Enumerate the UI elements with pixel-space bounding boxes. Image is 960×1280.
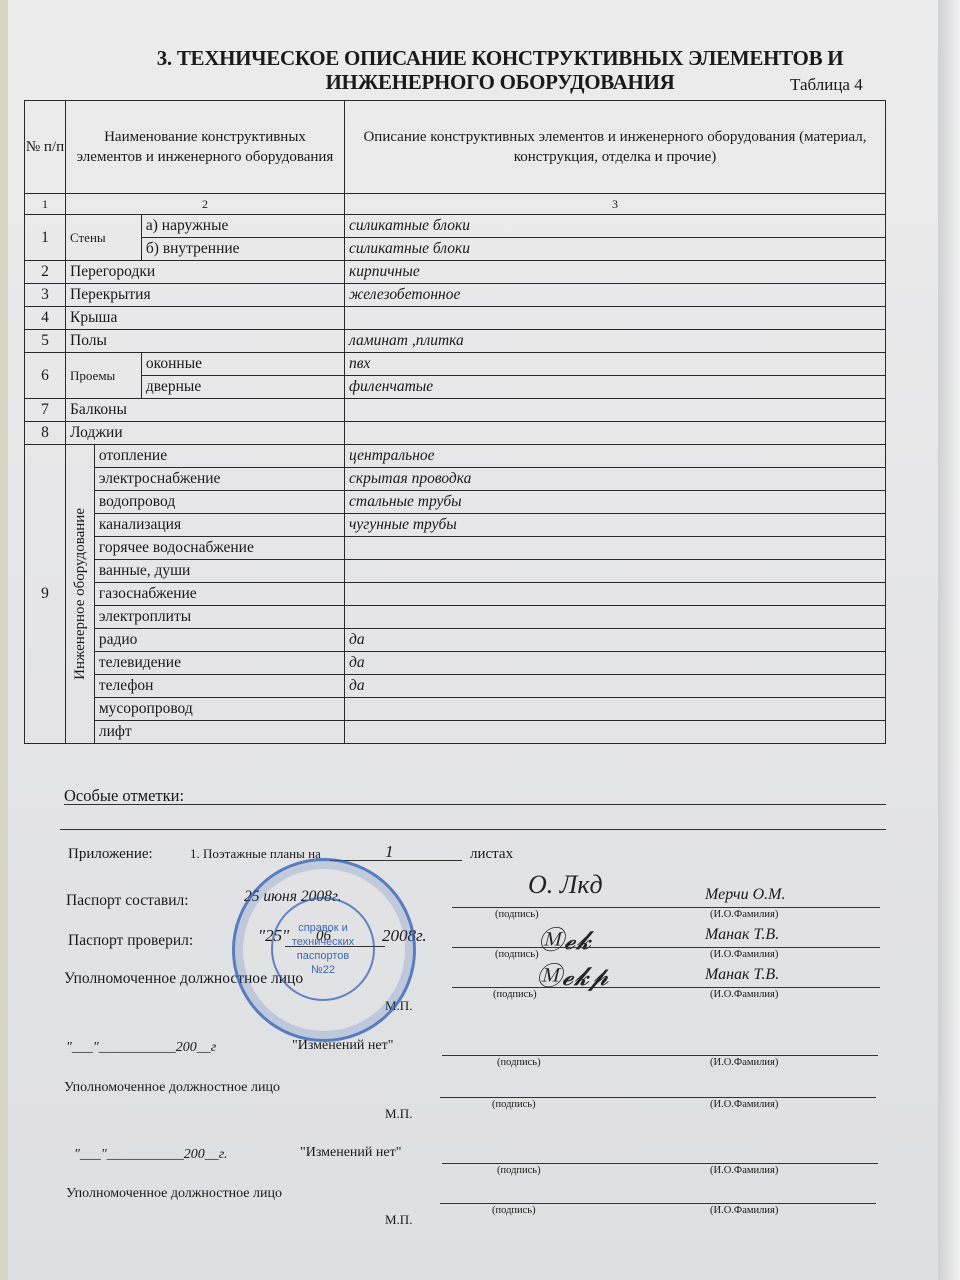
appendix-count: 1 — [385, 842, 394, 862]
blank-date-2[interactable]: "___"___________200__г. — [74, 1147, 228, 1163]
title-line-2: ИНЖЕНЕРНОГО ОБОРУДОВАНИЯ — [100, 70, 900, 94]
sign-caption-4: (подпись) — [497, 1165, 541, 1176]
appendix-unit: листах — [470, 846, 513, 863]
official-name: Манак Т.В. — [705, 966, 779, 984]
element-name: Лоджии — [66, 422, 345, 445]
name-caption-4: (И.О.Фамилия) — [710, 1165, 778, 1176]
page-edge — [938, 0, 960, 1280]
sub-element-description[interactable]: филенчатые — [345, 376, 886, 399]
element-description[interactable] — [345, 422, 886, 445]
element-description[interactable]: железобетонное — [345, 284, 886, 307]
row-number: 7 — [25, 399, 66, 422]
table-row: водопроводстальные трубы — [25, 491, 886, 514]
name-caption-2: (И.О.Фамилия) — [710, 1057, 778, 1068]
column-number: 2 — [66, 194, 345, 215]
official-stamp: справок и технических паспортов №22 — [232, 858, 416, 1042]
table-row: 7Балконы — [25, 399, 886, 422]
signature-line-5[interactable] — [440, 1203, 876, 1204]
header-num: № п/п — [25, 101, 66, 194]
sub-element-description[interactable]: силикатные блоки — [345, 215, 886, 238]
sub-element-name: ванные, души — [94, 560, 344, 583]
column-number: 3 — [345, 194, 886, 215]
sub-element-name: горячее водоснабжение — [94, 537, 344, 560]
sub-element-description[interactable] — [345, 537, 886, 560]
stamp-line: справок и — [298, 921, 348, 935]
sub-element-name: а) наружные — [141, 215, 344, 238]
element-description[interactable] — [345, 307, 886, 330]
sub-element-name: канализация — [94, 514, 344, 537]
table-row: 8Лоджии — [25, 422, 886, 445]
sign-caption-5: (подпись) — [492, 1205, 536, 1216]
sub-element-name: водопровод — [94, 491, 344, 514]
blank-date-1[interactable]: "___"___________200__г — [66, 1040, 216, 1056]
checked-name: Манак Т.В. — [705, 926, 779, 944]
table-row: 2Перегородкикирпичные — [25, 261, 886, 284]
table-row: мусоропровод — [25, 698, 886, 721]
row-number: 4 — [25, 307, 66, 330]
sub-element-description[interactable]: да — [345, 629, 886, 652]
table-row: 9Инженерное оборудованиеотоплениецентрал… — [25, 445, 886, 468]
element-name: Перегородки — [66, 261, 345, 284]
stamp-center: справок и технических паспортов №22 — [271, 897, 375, 1001]
compiled-name: Мерчи О.М. — [705, 886, 786, 904]
sub-element-description[interactable]: стальные трубы — [345, 491, 886, 514]
row-number: 1 — [25, 215, 66, 261]
checked-name-caption: (И.О.Фамилия) — [710, 949, 778, 960]
sub-element-name: дверные — [141, 376, 344, 399]
sub-element-description[interactable]: да — [345, 652, 886, 675]
row-number: 5 — [25, 330, 66, 353]
table-row: газоснабжение — [25, 583, 886, 606]
element-description[interactable] — [345, 399, 886, 422]
official-sign-caption-1: (подпись) — [493, 989, 537, 1000]
technical-description-table: № п/п Наименование конструктивных элемен… — [24, 100, 886, 744]
element-name: Балконы — [66, 399, 345, 422]
special-notes-line-1[interactable] — [64, 804, 886, 805]
compiled-name-caption: (И.О.Фамилия) — [710, 909, 778, 920]
stamp-line: паспортов — [297, 949, 349, 963]
element-name: Полы — [66, 330, 345, 353]
sub-element-description[interactable] — [345, 583, 886, 606]
table-row: радиода — [25, 629, 886, 652]
sub-element-name: мусоропровод — [94, 698, 344, 721]
table-row: электроплиты — [25, 606, 886, 629]
sub-element-name: лифт — [94, 721, 344, 744]
official-label-3: Уполномоченное должностное лицо — [66, 1186, 282, 1202]
sub-element-description[interactable]: да — [345, 675, 886, 698]
stamp-line: №22 — [311, 963, 335, 977]
sub-element-description[interactable] — [345, 721, 886, 744]
table-row: лифт — [25, 721, 886, 744]
signature-line-3[interactable] — [440, 1097, 876, 1098]
sub-element-name: радио — [94, 629, 344, 652]
official-name-caption-1: (И.О.Фамилия) — [710, 989, 778, 1000]
row-number: 6 — [25, 353, 66, 399]
sub-element-name: газоснабжение — [94, 583, 344, 606]
table-row: канализациячугунные трубы — [25, 514, 886, 537]
row-number: 2 — [25, 261, 66, 284]
table-row: горячее водоснабжение — [25, 537, 886, 560]
sub-element-description[interactable] — [345, 606, 886, 629]
element-description[interactable]: ламинат ,плитка — [345, 330, 886, 353]
table-row: ванные, души — [25, 560, 886, 583]
table-row: 6Проемыоконныепвх — [25, 353, 886, 376]
table-row: электроснабжениескрытая проводка — [25, 468, 886, 491]
header-name: Наименование конструктивных элементов и … — [66, 101, 345, 194]
page-title: 3. ТЕХНИЧЕСКОЕ ОПИСАНИЕ КОНСТРУКТИВНЫХ Э… — [100, 46, 900, 94]
sub-element-description[interactable]: чугунные трубы — [345, 514, 886, 537]
checked-signature: Ⓜ𝓮𝓴 — [538, 920, 591, 957]
compiled-sign-caption: (подпись) — [495, 909, 539, 920]
row-number: 3 — [25, 284, 66, 307]
sub-element-description[interactable]: пвх — [345, 353, 886, 376]
appendix-label: Приложение: — [68, 846, 153, 863]
sub-element-name: телефон — [94, 675, 344, 698]
sub-element-name: б) внутренние — [141, 238, 344, 261]
table-row: 3Перекрытияжелезобетонное — [25, 284, 886, 307]
sub-element-name: электроснабжение — [94, 468, 344, 491]
no-changes-2: "Изменений нет" — [300, 1145, 401, 1161]
sub-element-description[interactable] — [345, 698, 886, 721]
table-row: б) внутренниесиликатные блоки — [25, 238, 886, 261]
sub-element-name: отопление — [94, 445, 344, 468]
group-name: Стены — [66, 215, 142, 261]
sub-element-description[interactable]: центральное — [345, 445, 886, 468]
column-number: 1 — [25, 194, 66, 215]
row-number: 8 — [25, 422, 66, 445]
appendix-item: 1. Поэтажные планы на — [190, 846, 321, 862]
signature-line-2[interactable] — [442, 1055, 878, 1056]
compiled-signature: О. Лкд — [528, 870, 603, 900]
checked-year-end: г. — [416, 926, 427, 945]
no-changes-1: "Изменений нет" — [292, 1038, 393, 1054]
sub-element-description[interactable]: скрытая проводка — [345, 468, 886, 491]
table-row: телевидениеда — [25, 652, 886, 675]
table-row: 1Стеныа) наружныесиликатные блоки — [25, 215, 886, 238]
sub-element-description[interactable] — [345, 560, 886, 583]
element-name: Перекрытия — [66, 284, 345, 307]
checked-sign-caption: (подпись) — [495, 949, 539, 960]
element-name: Крыша — [66, 307, 345, 330]
special-notes-label: Особые отметки: — [64, 786, 184, 806]
row-number: 9 — [25, 445, 66, 744]
sub-element-description[interactable]: силикатные блоки — [345, 238, 886, 261]
sign-caption-3: (подпись) — [492, 1099, 536, 1110]
official-label-2: Уполномоченное должностное лицо — [64, 1080, 280, 1096]
compiled-signature-line[interactable] — [452, 907, 880, 908]
sub-element-name: оконные — [141, 353, 344, 376]
stamp-place-3: М.П. — [385, 1212, 412, 1228]
name-caption-5: (И.О.Фамилия) — [710, 1205, 778, 1216]
special-notes-line-2[interactable] — [60, 829, 886, 830]
table-row: 5Полыламинат ,плитка — [25, 330, 886, 353]
name-caption-3: (И.О.Фамилия) — [710, 1099, 778, 1110]
group-name: Проемы — [66, 353, 142, 399]
table-label: Таблица 4 — [790, 75, 863, 95]
official-signature-line-1[interactable] — [452, 987, 880, 988]
sign-caption-2: (подпись) — [497, 1057, 541, 1068]
checked-label: Паспорт проверил: — [68, 932, 193, 950]
checked-signature-line[interactable] — [452, 947, 880, 948]
sub-element-name: телевидение — [94, 652, 344, 675]
table-row: 4Крыша — [25, 307, 886, 330]
group-name: Инженерное оборудование — [70, 508, 90, 680]
sub-element-name: электроплиты — [94, 606, 344, 629]
stamp-line: технических — [292, 935, 354, 949]
signature-line-4[interactable] — [442, 1163, 878, 1164]
table-row: телефонда — [25, 675, 886, 698]
title-line-1: 3. ТЕХНИЧЕСКОЕ ОПИСАНИЕ КОНСТРУКТИВНЫХ Э… — [100, 46, 900, 70]
group-name-cell: Инженерное оборудование — [66, 445, 95, 744]
element-description[interactable]: кирпичные — [345, 261, 886, 284]
compiled-label: Паспорт составил: — [66, 892, 189, 910]
column-number-row: 1 2 3 — [25, 194, 886, 215]
stamp-place-2: М.П. — [385, 1106, 412, 1122]
table-row: дверныефиленчатые — [25, 376, 886, 399]
header-description: Описание конструктивных элементов и инже… — [345, 101, 886, 194]
table-header-row: № п/п Наименование конструктивных элемен… — [25, 101, 886, 194]
